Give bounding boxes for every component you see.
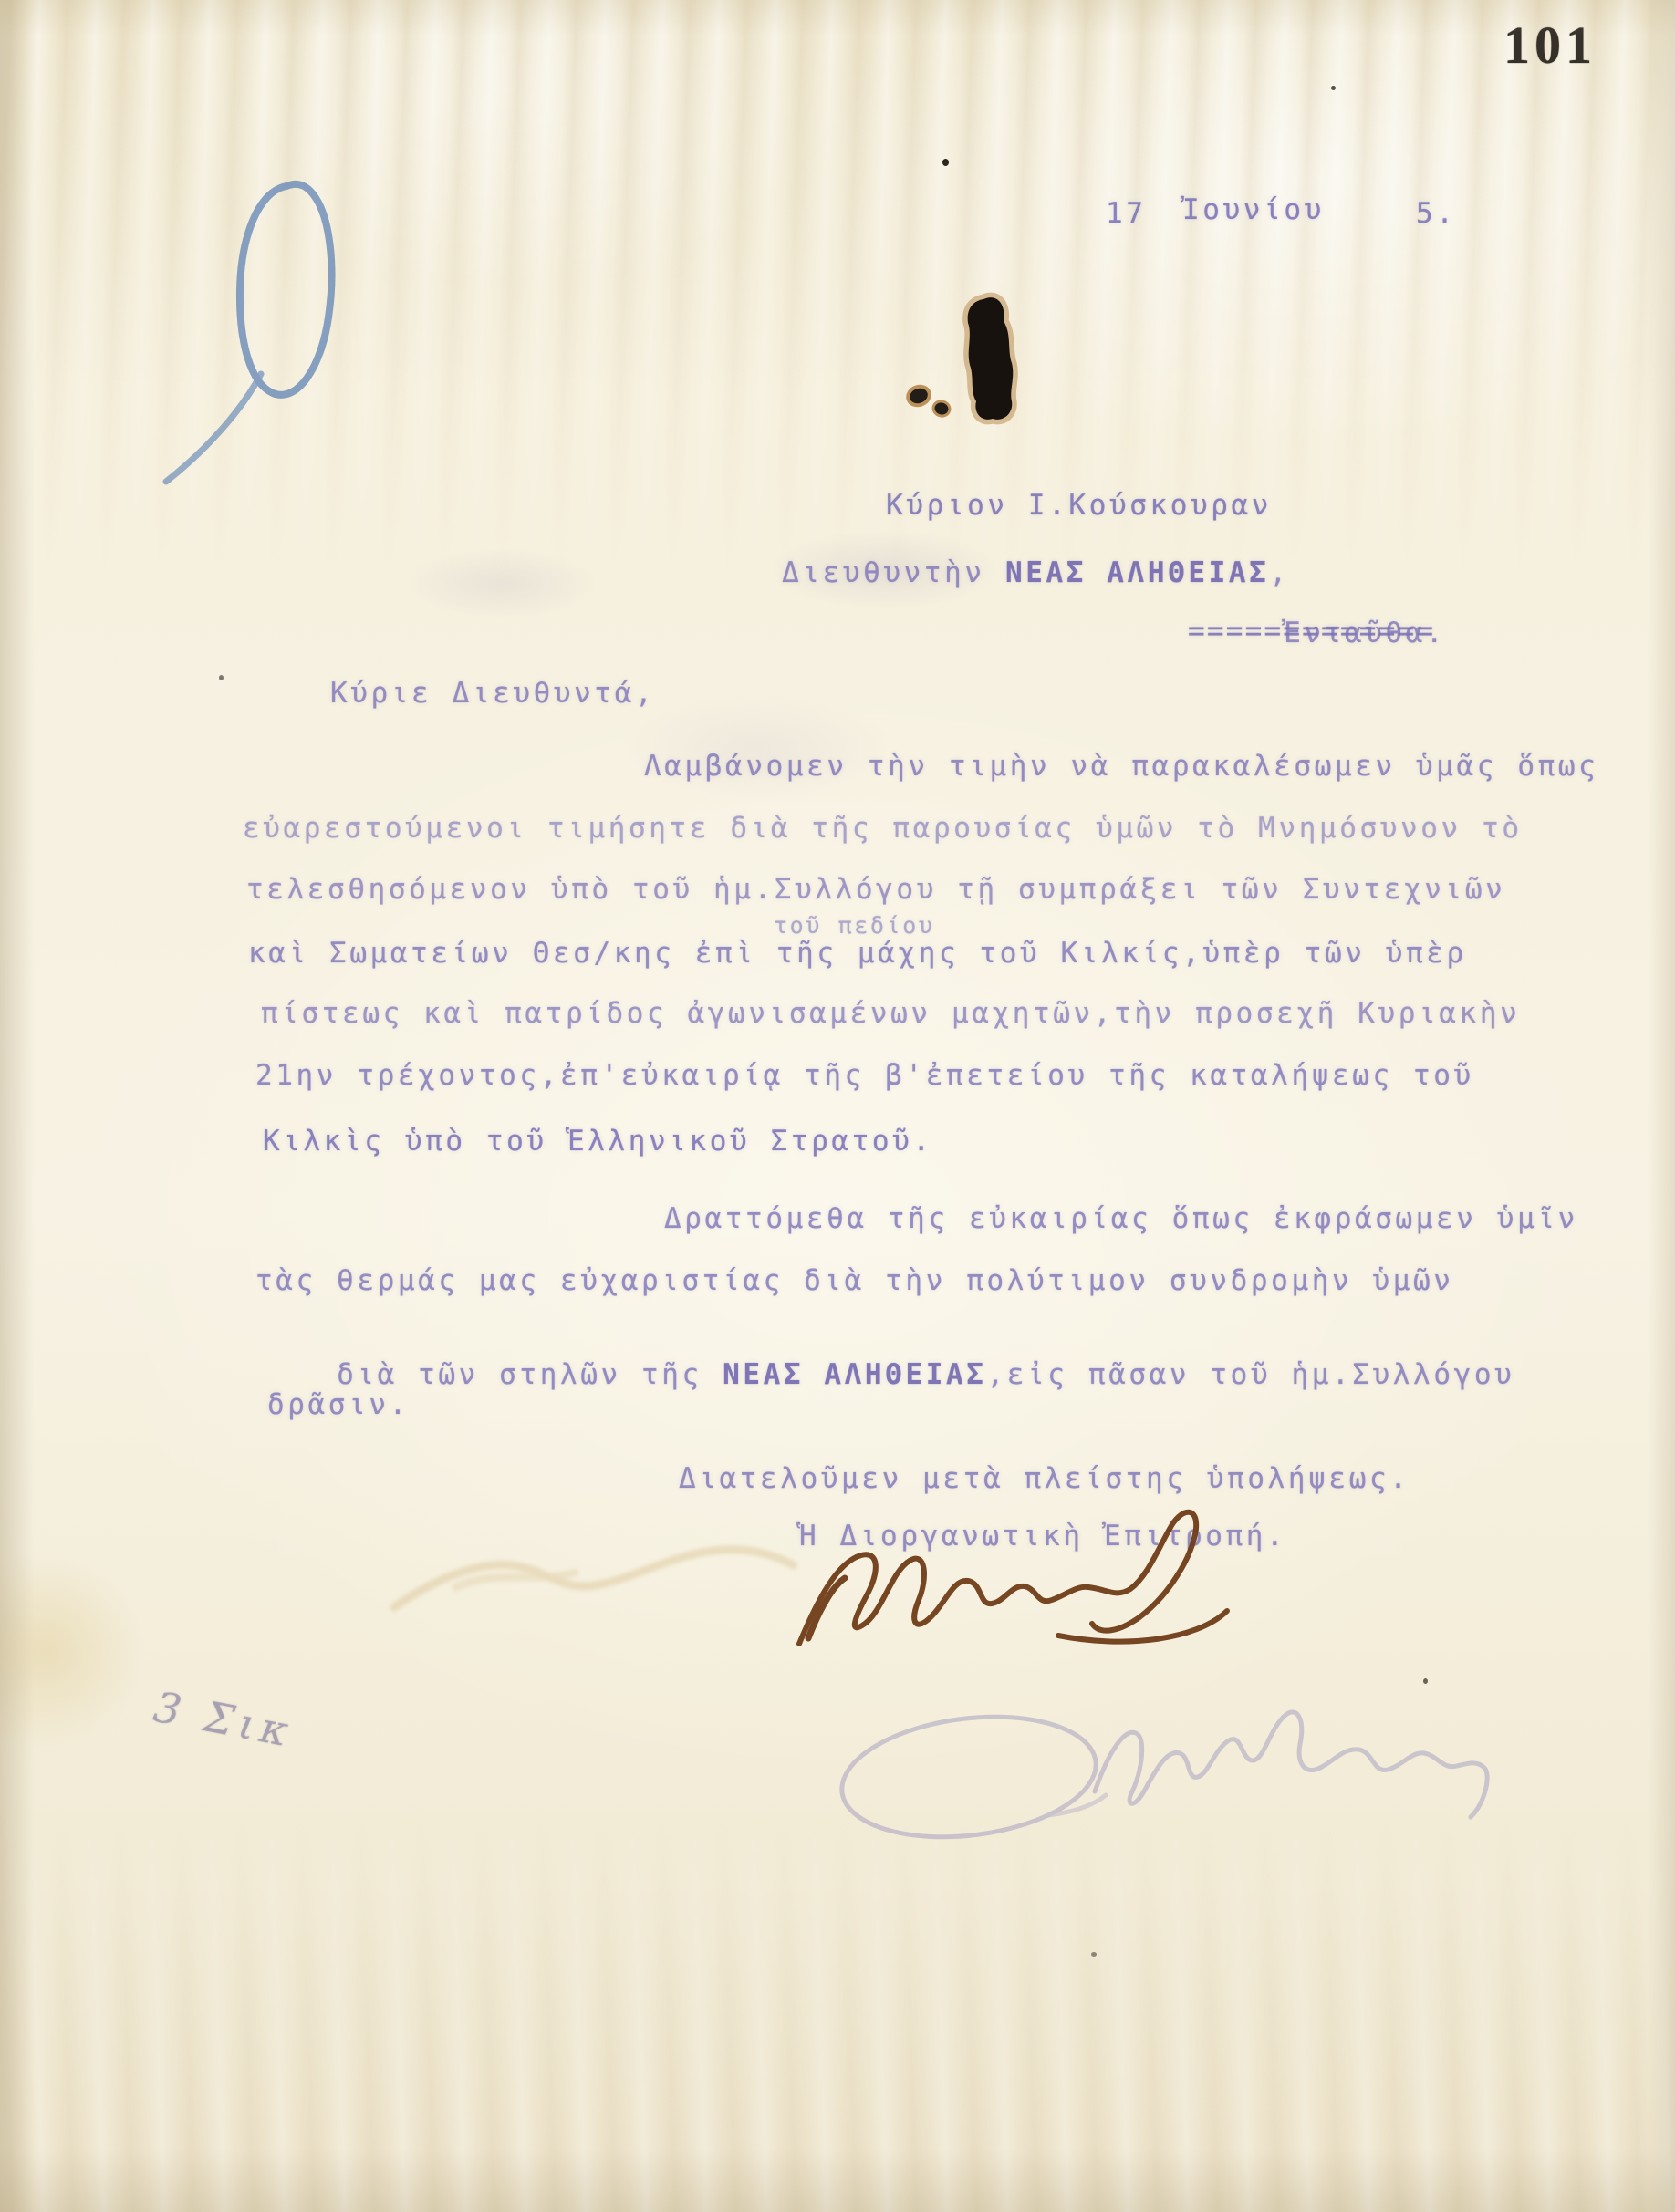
ink-blot bbox=[905, 297, 1013, 420]
typed-divider: ============= bbox=[1188, 615, 1435, 648]
body-line: Δραττόμεθα τῆς εὐκαιρίας ὅπως ἐκφράσωμεν… bbox=[664, 1202, 1578, 1235]
body-line-prefix: διὰ τῶν στηλῶν τῆς bbox=[337, 1358, 723, 1391]
body-line: τὰς θερμάς μας εὐχαριστίας διὰ τὴν πολύτ… bbox=[255, 1264, 1454, 1297]
ink-blot-dot bbox=[931, 400, 952, 418]
ink-blot-dot bbox=[905, 383, 931, 408]
scanned-letter-page: 101 17 Ἰουνίου 5. Κύριον Ι.Κούσκουραν Δι… bbox=[0, 0, 1675, 2212]
body-line-suffix: ,εἰς πᾶσαν τοῦ ἡμ.Συλλόγου bbox=[987, 1358, 1515, 1391]
date-month: Ἰουνίου bbox=[1182, 193, 1325, 226]
closing-formula: Διατελοῦμεν μετὰ πλείστης ὑπολήψεως. bbox=[679, 1462, 1410, 1495]
body-line: τελεσθησόμενον ὑπὸ τοῦ ἡμ.Συλλόγου τῇ συ… bbox=[246, 873, 1505, 906]
paper-speck bbox=[1091, 1952, 1097, 1957]
paper-crease-texture-bottom bbox=[0, 1806, 1675, 2212]
page-number-stamp: 101 bbox=[1503, 15, 1597, 76]
ghost-signature-offset bbox=[394, 1550, 794, 1607]
newspaper-name: ΝΕΑΣ ΑΛΗΘΕΙΑΣ bbox=[723, 1358, 986, 1391]
body-line: εὐαρεστούμενοι τιμήσητε διὰ τῆς παρουσία… bbox=[243, 812, 1523, 845]
pencil-signature bbox=[835, 1703, 1487, 1850]
pencil-note: 3 Σικ bbox=[150, 1682, 297, 1758]
body-line: διὰ τῶν στηλῶν τῆς ΝΕΑΣ ΑΛΗΘΕΙΑΣ,εἰς πᾶσ… bbox=[255, 1325, 1514, 1424]
body-line: δρᾶσιν. bbox=[267, 1388, 410, 1421]
body-line: Κιλκὶς ὑπὸ τοῦ Ἑλληνικοῦ Στρατοῦ. bbox=[263, 1125, 933, 1158]
recipient-title-line: Διευθυντὴν ΝΕΑΣ ΑΛΗΘΕΙΑΣ, bbox=[701, 524, 1290, 622]
blue-crayon-mark bbox=[166, 184, 331, 482]
paper-speck bbox=[1331, 86, 1336, 90]
ink-smudge bbox=[401, 547, 602, 620]
paper-stain bbox=[0, 1551, 146, 1751]
interline-insertion: τοῦ πεδίου bbox=[774, 912, 935, 939]
body-line: καὶ Σωματείων Θεσ/κης ἐπὶ τῆς μάχης τοῦ … bbox=[248, 937, 1467, 970]
paper-speck bbox=[219, 675, 224, 680]
scan-edge-vignette bbox=[0, 0, 1675, 2212]
recipient-title: Διευθυντὴν bbox=[782, 556, 1005, 589]
recipient-name: Κύριον Ι.Κούσκουραν bbox=[886, 489, 1272, 522]
salutation: Κύριε Διευθυντά, bbox=[330, 677, 655, 710]
date-day: 17 bbox=[1106, 197, 1147, 230]
closing-committee: Ἡ Διοργανωτικὴ Ἐπιτροπή. bbox=[799, 1520, 1286, 1553]
ink-smudge bbox=[620, 693, 894, 803]
paper-speck bbox=[942, 159, 949, 166]
hand-marks-layer bbox=[0, 0, 1675, 2212]
body-line: πίστεως καὶ πατρίδος ἀγωνισαμένων μαχητῶ… bbox=[261, 997, 1520, 1030]
body-line: 21ην τρέχοντος,ἐπ'εὐκαιρίᾳ τῆς β'ἐπετείο… bbox=[255, 1059, 1474, 1092]
date-year-digit: 5. bbox=[1416, 197, 1457, 230]
body-line: Λαμβάνομεν τὴν τιμὴν νὰ παρακαλέσωμεν ὑμ… bbox=[644, 750, 1598, 783]
paper-speck bbox=[1423, 1678, 1428, 1684]
